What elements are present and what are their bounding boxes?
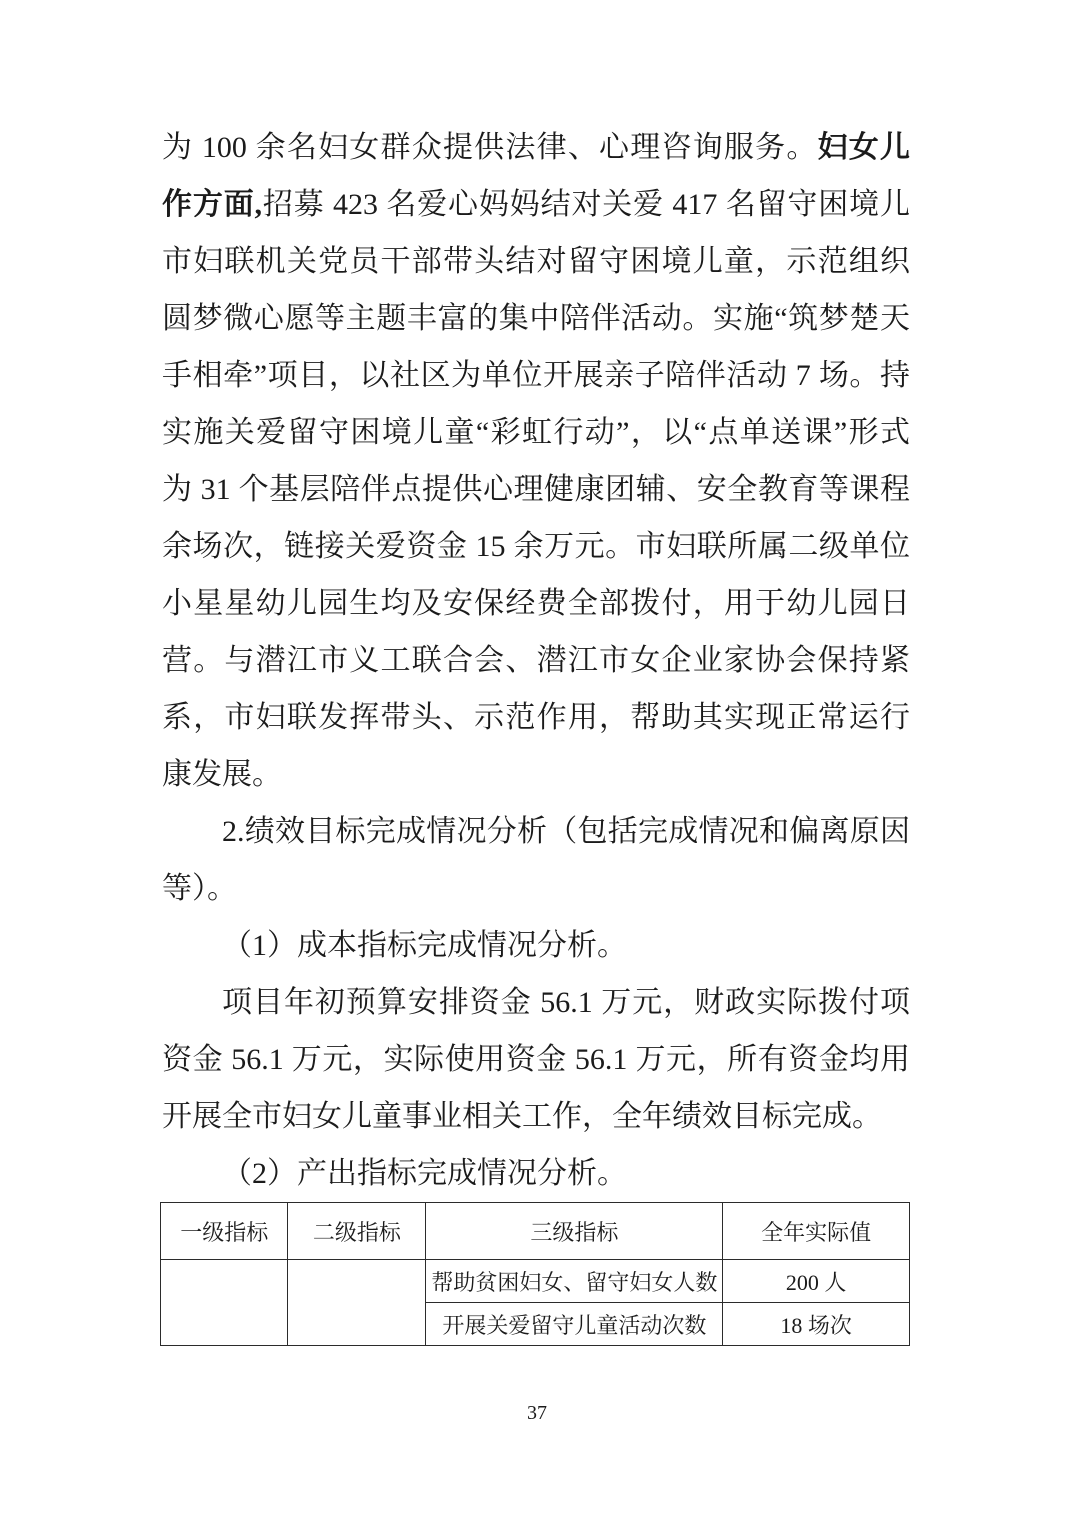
paragraph-line: 营。与潜江市义工联合会、潜江市女企业家协会保持紧密联 — [162, 632, 910, 689]
paragraph-line: 手相牵”项目，以社区为单位开展亲子陪伴活动 7 场。持续 — [162, 347, 910, 404]
table-cell-value: 18 场次 — [723, 1303, 910, 1346]
paragraph-line: 小星星幼儿园生均及安保经费全部拨付，用于幼儿园日常运 — [162, 575, 910, 632]
paragraph-line: 等）。 — [162, 860, 910, 917]
table-header-level2: 二级指标 — [288, 1203, 426, 1260]
body-text: 招募 423 名爱心妈妈结对关爱 417 名留守困境儿童， — [162, 188, 910, 233]
body-text: 为 100 余名妇女群众提供法律、心理咨询服务。 — [162, 131, 818, 164]
table-header-row: 一级指标 二级指标 三级指标 全年实际值 — [161, 1203, 910, 1260]
table-cell-indicator: 开展关爱留守儿童活动次数 — [426, 1303, 723, 1346]
table-header-level1: 一级指标 — [161, 1203, 288, 1260]
document-content: 为 100 余名妇女群众提供法律、心理咨询服务。妇女儿童工 作方面,招募 423… — [162, 119, 910, 1346]
table-row: 帮助贫困妇女、留守妇女人数 200 人 — [161, 1260, 910, 1303]
paragraph-line: 实施关爱留守困境儿童“彩虹行动”，以“点单送课”形式 — [162, 404, 910, 461]
table-cell-empty-level1 — [161, 1260, 288, 1346]
section-heading-line: 2.绩效目标完成情况分析（包括完成情况和偏离原因 — [162, 803, 910, 860]
paragraph-line: 作方面,招募 423 名爱心妈妈结对关爱 417 名留守困境儿童， — [162, 176, 910, 233]
paragraph-line: 圆梦微心愿等主题丰富的集中陪伴活动。实施“筑梦楚天 心 — [162, 290, 910, 347]
page-number: 37 — [0, 1402, 1074, 1425]
document-page: 为 100 余名妇女群众提供法律、心理咨询服务。妇女儿童工 作方面,招募 423… — [0, 0, 1074, 1520]
table-header-level3: 三级指标 — [426, 1203, 723, 1260]
paragraph-line: 系，市妇联发挥带头、示范作用，帮助其实现正常运行及健 — [162, 689, 910, 746]
table-cell-value: 200 人 — [723, 1260, 910, 1303]
table-header-actual-value: 全年实际值 — [723, 1203, 910, 1260]
indicators-table: 一级指标 二级指标 三级指标 全年实际值 帮助贫困妇女、留守妇女人数 200 人… — [160, 1202, 910, 1346]
section-heading-cost: （1）成本指标完成情况分析。 — [162, 917, 910, 974]
paragraph-line: 康发展。 — [162, 746, 910, 803]
paragraph-line: 项目年初预算安排资金 56.1 万元，财政实际拨付项目 — [162, 974, 910, 1031]
paragraph-line: 市妇联机关党员干部带头结对留守困境儿童，示范组织开展 — [162, 233, 910, 290]
paragraph-line: 资金 56.1 万元，实际使用资金 56.1 万元，所有资金均用于 — [162, 1031, 910, 1088]
paragraph-line: 余场次，链接关爱资金 15 余万元。市妇联所属二级单位市 — [162, 518, 910, 575]
section-heading-output: （2）产出指标完成情况分析。 — [162, 1145, 910, 1202]
paragraph-line: 为 100 余名妇女群众提供法律、心理咨询服务。妇女儿童工 — [162, 119, 910, 176]
paragraph-line: 为 31 个基层陪伴点提供心理健康团辅、安全教育等课程 50 — [162, 461, 910, 518]
table-cell-empty-level2 — [288, 1260, 426, 1346]
table-cell-indicator: 帮助贫困妇女、留守妇女人数 — [426, 1260, 723, 1303]
paragraph-line: 开展全市妇女儿童事业相关工作，全年绩效目标完成。 — [162, 1088, 910, 1145]
bold-text: 作方面, — [162, 188, 262, 221]
